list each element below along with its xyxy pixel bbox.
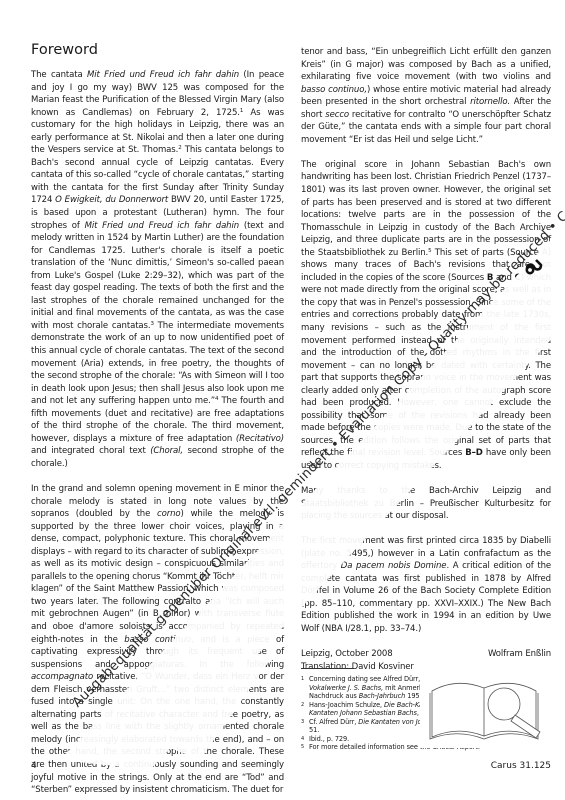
edition-number: Carus 31.125: [491, 761, 551, 771]
paragraph-sources: The original score in Johann Sebastian B…: [301, 159, 551, 473]
footnote-divider: [301, 668, 354, 669]
cantata-title: Mit Fried und Freud ich fahr dahin: [87, 70, 239, 80]
paragraph-duet: tenor and bass, “Ein unbegreiflich Licht…: [301, 46, 551, 146]
translator: Translation: David Kosviner: [301, 662, 414, 672]
document-page: Foreword The cantata Mit Fried und Freud…: [0, 0, 565, 800]
place-date: Leipzig, October 2008: [301, 648, 393, 661]
paragraph-thanks: Many thanks to the Bach-Archiv Leipzig a…: [301, 485, 551, 523]
left-column: The cantata Mit Fried und Freud ich fahr…: [31, 69, 284, 797]
signature-block: Leipzig, October 2008Wolfram Enßlin Tran…: [301, 648, 551, 673]
page-title: Foreword: [31, 42, 98, 58]
book-magnifier-icon: [428, 677, 548, 742]
paragraph-intro: The cantata Mit Fried und Freud ich fahr…: [31, 69, 284, 471]
page-number: 4: [31, 761, 37, 771]
footnote-5: 5 For more detailed information see the …: [301, 743, 551, 752]
author-name: Wolfram Enßlin: [488, 648, 551, 661]
paragraph-editions: The first movement was first printed cir…: [301, 535, 551, 635]
